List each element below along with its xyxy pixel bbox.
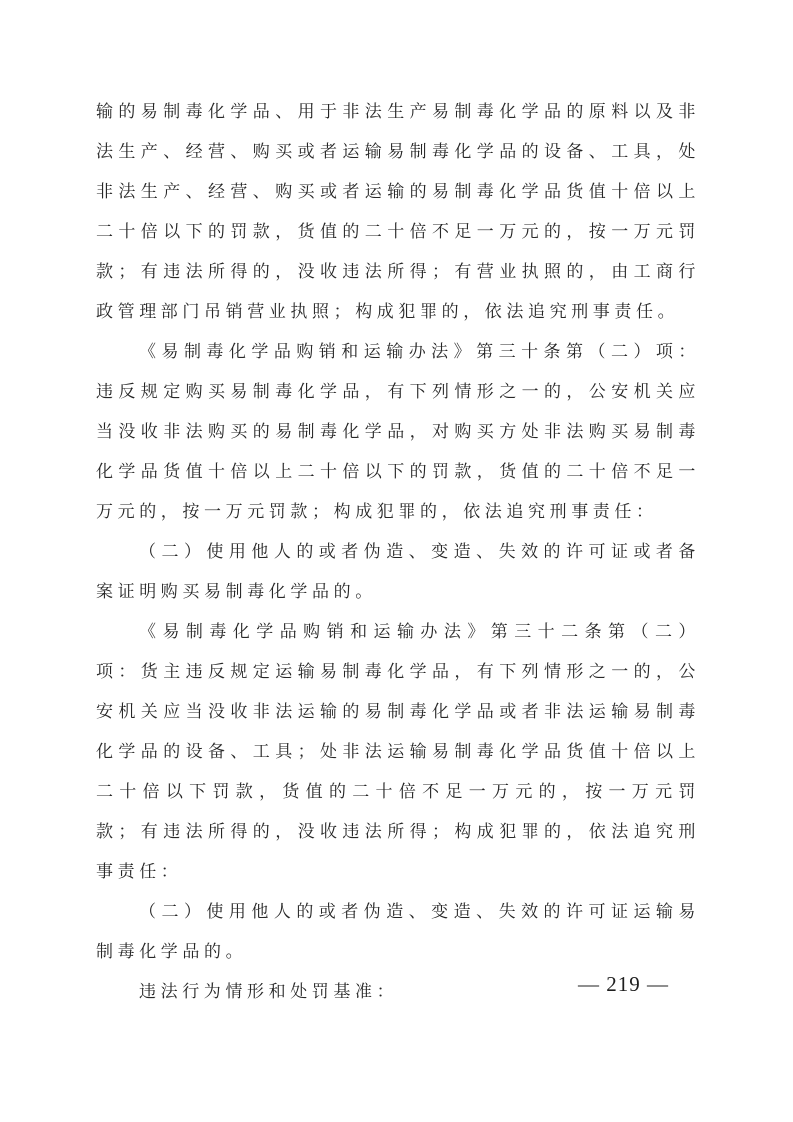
text-block: 输的易制毒化学品、用于非法生产易制毒化学品的原料以及非法生产、经营、购买或者运输…	[96, 92, 700, 1012]
paragraph-continuation: 输的易制毒化学品、用于非法生产易制毒化学品的原料以及非法生产、经营、购买或者运输…	[96, 92, 700, 332]
paragraph-article-32-item-2: （二）使用他人的或者伪造、变造、失效的许可证运输易制毒化学品的。	[96, 892, 700, 972]
paragraph-article-30: 《易制毒化学品购销和运输办法》第三十条第（二）项：违反规定购买易制毒化学品，有下…	[96, 332, 700, 532]
page-number: — 219 —	[578, 972, 669, 997]
document-page: 输的易制毒化学品、用于非法生产易制毒化学品的原料以及非法生产、经营、购买或者运输…	[0, 0, 793, 1122]
paragraph-article-32: 《易制毒化学品购销和运输办法》第三十二条第（二）项：货主违反规定运输易制毒化学品…	[96, 612, 700, 892]
paragraph-article-30-item-2: （二）使用他人的或者伪造、变造、失效的许可证或者备案证明购买易制毒化学品的。	[96, 532, 700, 612]
